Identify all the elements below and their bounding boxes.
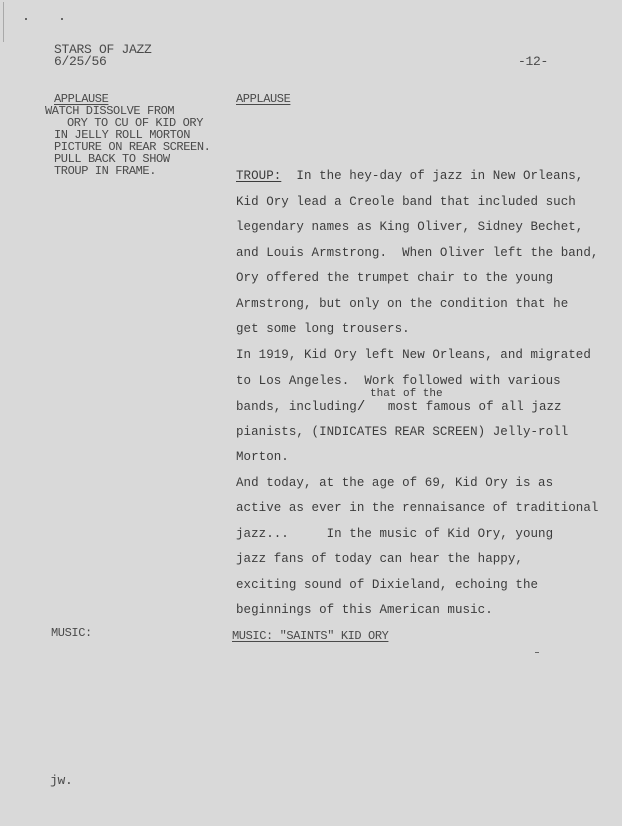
dialogue-line: Kid Ory lead a Creole band that included… <box>236 195 576 209</box>
dialogue-line: And today, at the age of 69, Kid Ory is … <box>236 476 553 490</box>
script-page: STARS OF JAZZ 6/25/56 -12- APPLAUSE WATC… <box>0 0 622 826</box>
dialogue-line: jazz... In the music of Kid Ory, young <box>236 527 553 541</box>
dialogue-line: active as ever in the rennaisance of tra… <box>236 501 598 515</box>
dialogue-line-with-insert: bands, including/ most famous of all jaz… <box>236 399 562 415</box>
speaker-name: TROUP: <box>236 169 281 183</box>
video-direction-line: TROUP IN FRAME. <box>54 166 156 178</box>
dialogue-line: In 1919, Kid Ory left New Orleans, and m… <box>236 348 591 362</box>
dialogue-line: get some long trousers. <box>236 322 410 336</box>
dialogue-line: Armstrong, but only on the condition tha… <box>236 297 568 311</box>
handwritten-insert: that of the <box>370 388 443 400</box>
audio-applause-cue: APPLAUSE <box>236 94 290 106</box>
margin-scan-mark <box>3 2 4 42</box>
dialogue-line: to Los Angeles. Work followed with vario… <box>236 374 561 388</box>
dialogue-text: bands, including <box>236 400 357 414</box>
dialogue-line: and Louis Armstrong. When Oliver left th… <box>236 246 598 260</box>
speck <box>61 18 63 20</box>
dialogue-line: Ory offered the trumpet chair to the you… <box>236 271 553 285</box>
dialogue-line: Morton. <box>236 450 289 464</box>
dialogue-text: In the hey-day of jazz in New Orleans, <box>281 169 583 183</box>
dialogue-line: exciting sound of Dixieland, echoing the <box>236 578 538 592</box>
dialogue-line: pianists, (INDICATES REAR SCREEN) Jelly-… <box>236 425 568 439</box>
speaker-line: TROUP: In the hey-day of jazz in New Orl… <box>236 169 583 183</box>
page-number: -12- <box>518 56 548 68</box>
show-date: 6/25/56 <box>54 56 107 68</box>
speck <box>535 652 539 653</box>
insertion-mark: / <box>357 399 365 415</box>
dialogue-line: beginnings of this American music. <box>236 603 493 617</box>
dialogue-text: most famous of all jazz <box>365 400 561 414</box>
dialogue-line: legendary names as King Oliver, Sidney B… <box>236 220 583 234</box>
video-music-cue: MUSIC: <box>51 628 92 640</box>
dialogue-line: jazz fans of today can hear the happy, <box>236 552 523 566</box>
audio-music-cue: MUSIC: "SAINTS" KID ORY <box>232 631 388 643</box>
speck <box>25 18 27 20</box>
typist-initials: jw. <box>50 775 73 787</box>
